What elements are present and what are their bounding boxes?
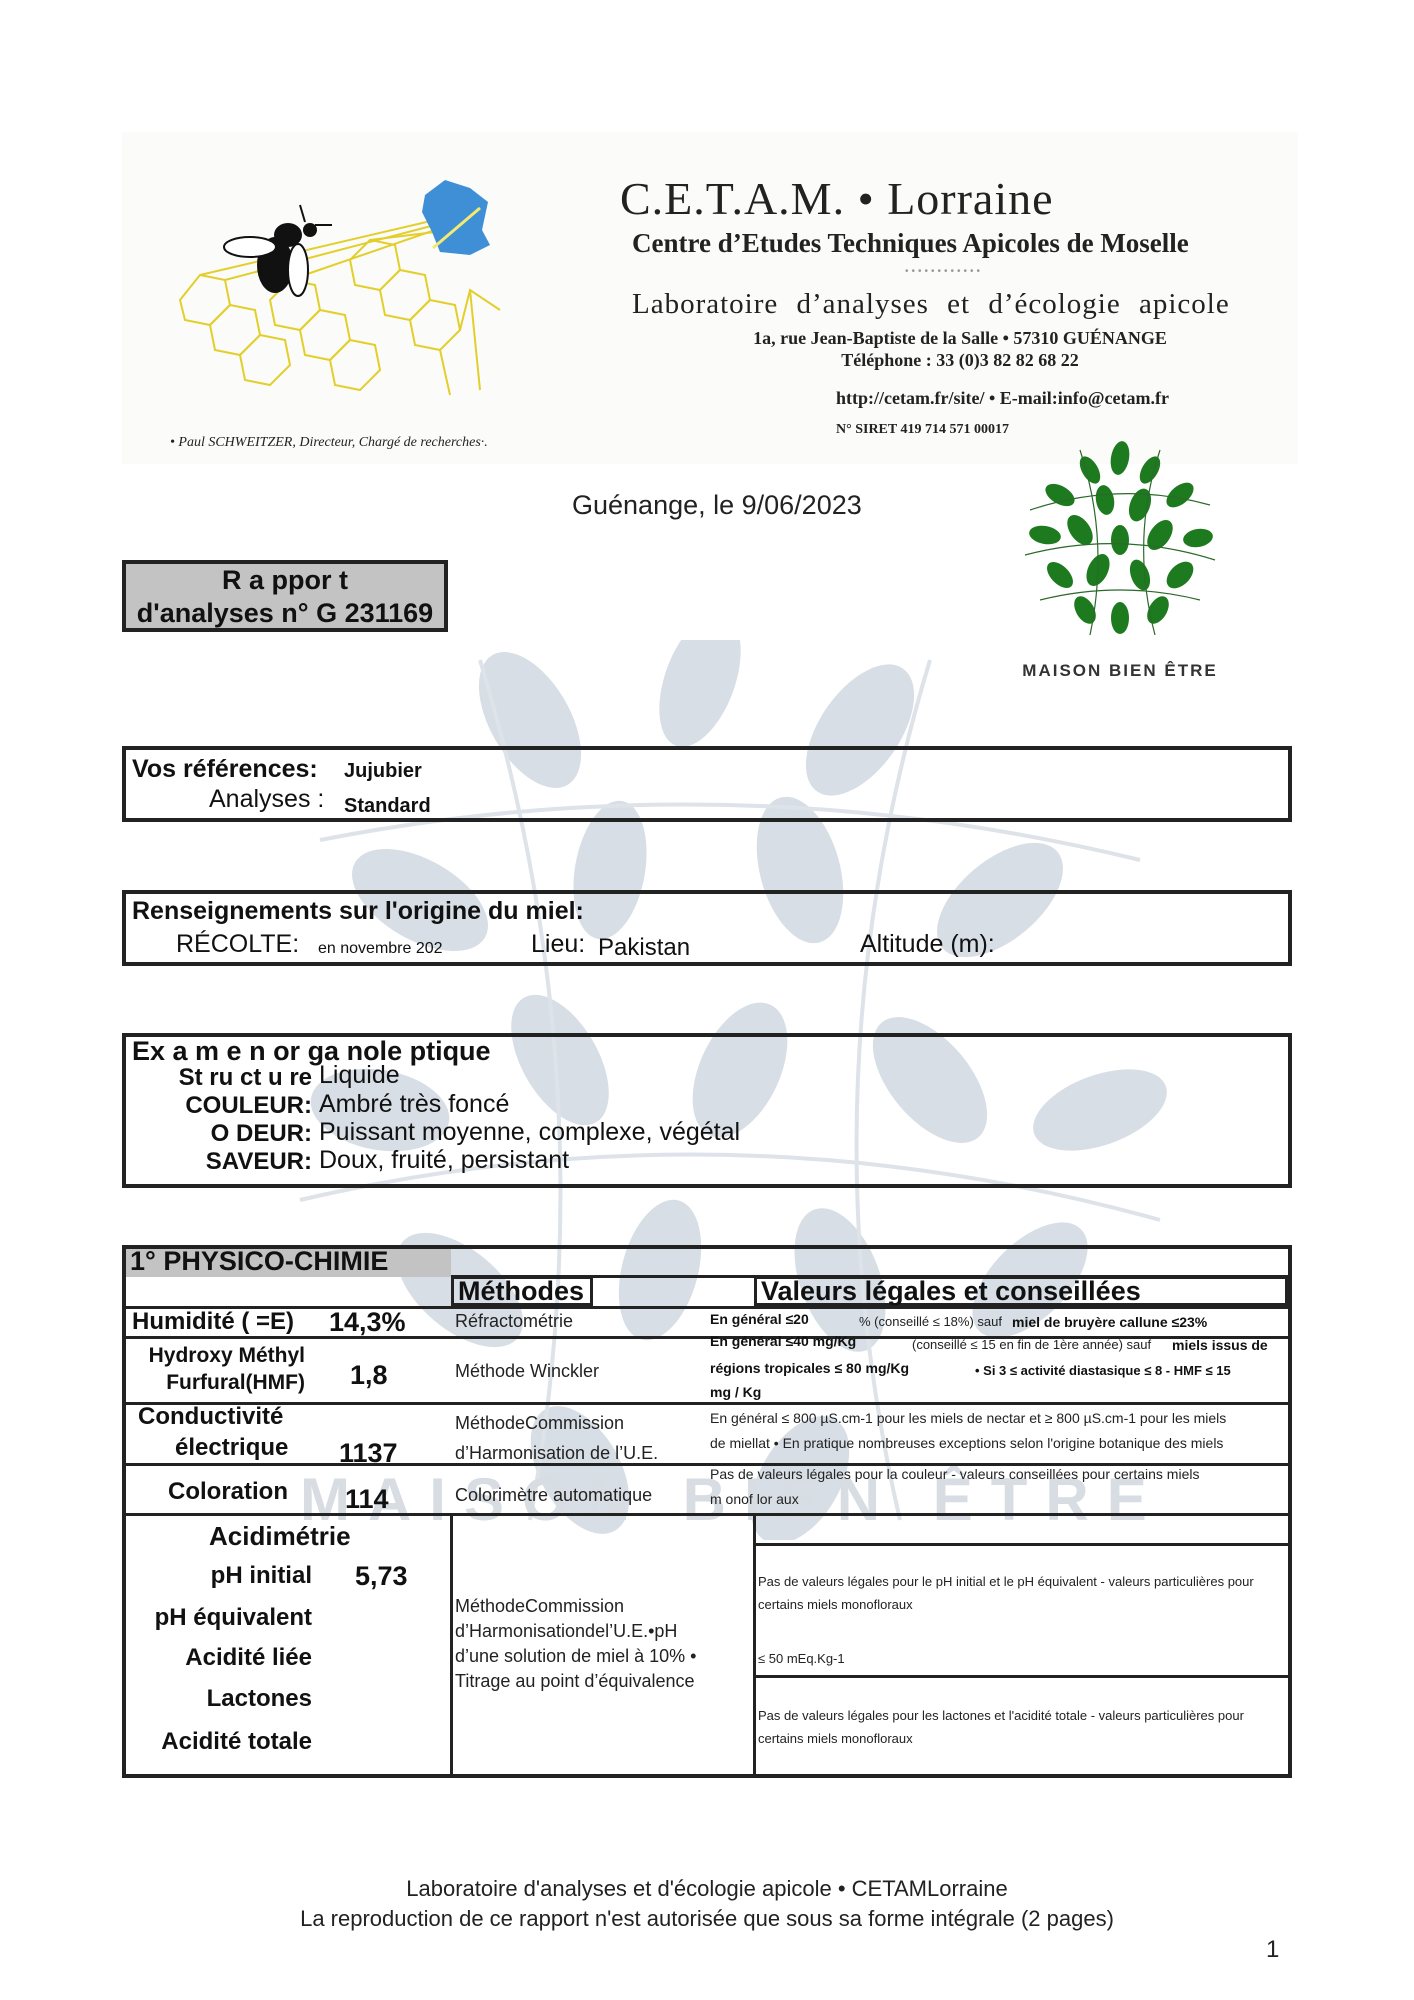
structure-value: Liquide <box>319 1061 400 1090</box>
report-title: R a ppor t <box>126 564 444 597</box>
origin-title: Renseignements sur l'origine du miel: <box>132 897 584 926</box>
couleur-value: Ambré très foncé <box>319 1090 509 1119</box>
conductivity-legal-line1: En général ≤ 800 µS.cm-1 pour les miels … <box>710 1410 1226 1426</box>
ph-initial-value: 5,73 <box>355 1561 408 1592</box>
conductivity-label-line1: Conductivité <box>138 1403 283 1431</box>
hmf-value: 1,8 <box>350 1360 388 1391</box>
report-date: Guénange, le 9/06/2023 <box>572 490 862 521</box>
lactones-legal-line1: Pas de valeurs légales pour les lactones… <box>758 1708 1244 1723</box>
conductivity-legal-line2: de miellat • En pratique nombreuses exce… <box>710 1435 1223 1451</box>
acidimetry-method-line4: Titrage au point d’équivalence <box>455 1671 695 1692</box>
footer-reproduction-notice: La reproduction de ce rapport n'est auto… <box>0 1906 1414 1932</box>
conductivity-method-line2: d’Harmonisation de l’U.E. <box>455 1443 658 1464</box>
conductivity-method-line1: MéthodeCommission <box>455 1413 624 1434</box>
physico-title: 1° PHYSICO-CHIMIE <box>126 1249 451 1277</box>
humidity-method: Réfractométrie <box>455 1311 573 1332</box>
director-line: • Paul SCHWEITZER, Directeur, Chargé de … <box>170 435 488 451</box>
humidity-label: Humidité ( =E) <box>132 1308 294 1336</box>
row-divider <box>754 1543 1288 1546</box>
hmf-legal-e: • Si 3 ≤ activité diastasique ≤ 8 - HMF … <box>975 1363 1231 1378</box>
coloration-legal-line1: Pas de valeurs légales pour la couleur -… <box>710 1466 1199 1482</box>
hmf-legal-f: mg / Kg <box>710 1384 761 1400</box>
hmf-label-line1: Hydroxy Méthyl <box>130 1344 305 1368</box>
structure-label: St ru ct u re <box>130 1064 312 1092</box>
org-subtitle: Centre d’Etudes Techniques Apicoles de M… <box>632 228 1302 259</box>
column-divider <box>753 1513 756 1778</box>
acidite-liee-legal: ≤ 50 mEq.Kg-1 <box>758 1651 845 1666</box>
divider-dots: •••••••••••• <box>905 266 983 277</box>
ph-initial-label: pH initial <box>130 1562 312 1590</box>
hmf-legal-b: (conseillé ≤ 15 en fin de 1ère année) sa… <box>912 1337 1151 1352</box>
recolte-label: RÉCOLTE: <box>176 930 299 959</box>
odeur-value: Puissant moyenne, complexe, végétal <box>319 1118 740 1147</box>
methods-header: Méthodes <box>451 1276 593 1306</box>
humidity-legal-c: miel de bruyère callune ≤23% <box>1012 1314 1207 1330</box>
footer-lab-line: Laboratoire d'analyses et d'écologie api… <box>0 1876 1414 1902</box>
humidity-legal-b: % (conseillé ≤ 18%) sauf <box>859 1314 1002 1329</box>
lab-name: Laboratoire d’analyses et d’écologie api… <box>632 288 1302 321</box>
conductivity-value: 1137 <box>339 1438 398 1469</box>
acidimetry-title: Acidimétrie <box>209 1521 351 1552</box>
hmf-label-line2: Furfural(HMF) <box>130 1371 305 1395</box>
coloration-legal-line2: m onof lor aux <box>710 1491 799 1507</box>
lactones-label: Lactones <box>130 1685 312 1713</box>
row-divider <box>754 1675 1288 1678</box>
row-divider <box>126 1513 1288 1516</box>
row-divider <box>126 1306 1288 1309</box>
analyses-label: Analyses : <box>209 785 324 814</box>
org-phone: Téléphone : 33 (0)3 82 82 68 22 <box>620 350 1300 371</box>
acidimetry-method-line2: d’Harmonisationdel’U.E.•pH <box>455 1621 677 1642</box>
references-value: Jujubier <box>344 760 422 783</box>
odeur-label: O DEUR: <box>130 1120 312 1148</box>
acidimetry-method-line1: MéthodeCommission <box>455 1596 624 1617</box>
coloration-label: Coloration <box>168 1478 288 1506</box>
acidite-liee-label: Acidité liée <box>130 1644 312 1672</box>
humidity-legal-a: En général ≤20 <box>710 1311 809 1327</box>
saveur-label: SAVEUR: <box>130 1148 312 1176</box>
altitude-label: Altitude (m): <box>860 930 995 959</box>
ph-legal-line1: Pas de valeurs légales pour le pH initia… <box>758 1574 1254 1589</box>
analyses-value: Standard <box>344 795 431 818</box>
org-web-email[interactable]: http://cetam.fr/site/ • E-mail:info@ceta… <box>836 388 1169 409</box>
organoleptic-title: Ex a m e n or ga nole ptique <box>132 1036 491 1067</box>
maison-bien-etre-leaves-logo-icon <box>1020 440 1220 640</box>
legal-values-header: Valeurs légales et conseillées <box>754 1276 1288 1306</box>
lactones-legal-line2: certains miels monofloraux <box>758 1731 913 1746</box>
couleur-label: COULEUR: <box>130 1092 312 1120</box>
ph-equivalent-label: pH équivalent <box>130 1604 312 1632</box>
saveur-value: Doux, fruité, persistant <box>319 1146 569 1175</box>
hmf-legal-d: régions tropicales ≤ 80 mg/Kg <box>710 1360 909 1376</box>
hmf-legal-a: En général ≤40 mg/Kg <box>710 1333 856 1349</box>
lieu-value: Pakistan <box>598 934 690 962</box>
ph-legal-line2: certains miels monofloraux <box>758 1597 913 1612</box>
client-logo-name: MAISON BIEN ÊTRE <box>990 661 1250 681</box>
row-divider <box>126 1402 1288 1405</box>
lieu-label: Lieu: <box>531 930 585 959</box>
coloration-value: 114 <box>345 1484 389 1515</box>
references-label: Vos références: <box>132 755 318 784</box>
humidity-value: 14,3% <box>329 1307 406 1338</box>
coloration-method: Colorimètre automatique <box>455 1485 652 1506</box>
page-number: 1 <box>1266 1936 1279 1964</box>
org-siret: N° SIRET 419 714 571 00017 <box>836 422 1009 438</box>
report-number-box: R a ppor t d'analyses n° G 231169 <box>122 560 448 632</box>
org-title: C.E.T.A.M. • Lorraine <box>620 172 1300 225</box>
acidite-totale-label: Acidité totale <box>130 1728 312 1756</box>
bee-honeycomb-logo-icon <box>170 170 510 410</box>
conductivity-label-line2: électrique <box>175 1434 288 1462</box>
acidimetry-method-line3: d’une solution de miel à 10% • <box>455 1646 696 1667</box>
recolte-value: en novembre 202 <box>318 940 443 958</box>
hmf-method: Méthode Winckler <box>455 1361 599 1382</box>
hmf-legal-c: miels issus de <box>1172 1337 1268 1353</box>
column-divider <box>450 1513 453 1778</box>
org-address: 1a, rue Jean-Baptiste de la Salle • 5731… <box>620 328 1300 349</box>
report-number: d'analyses n° G 231169 <box>126 597 444 630</box>
